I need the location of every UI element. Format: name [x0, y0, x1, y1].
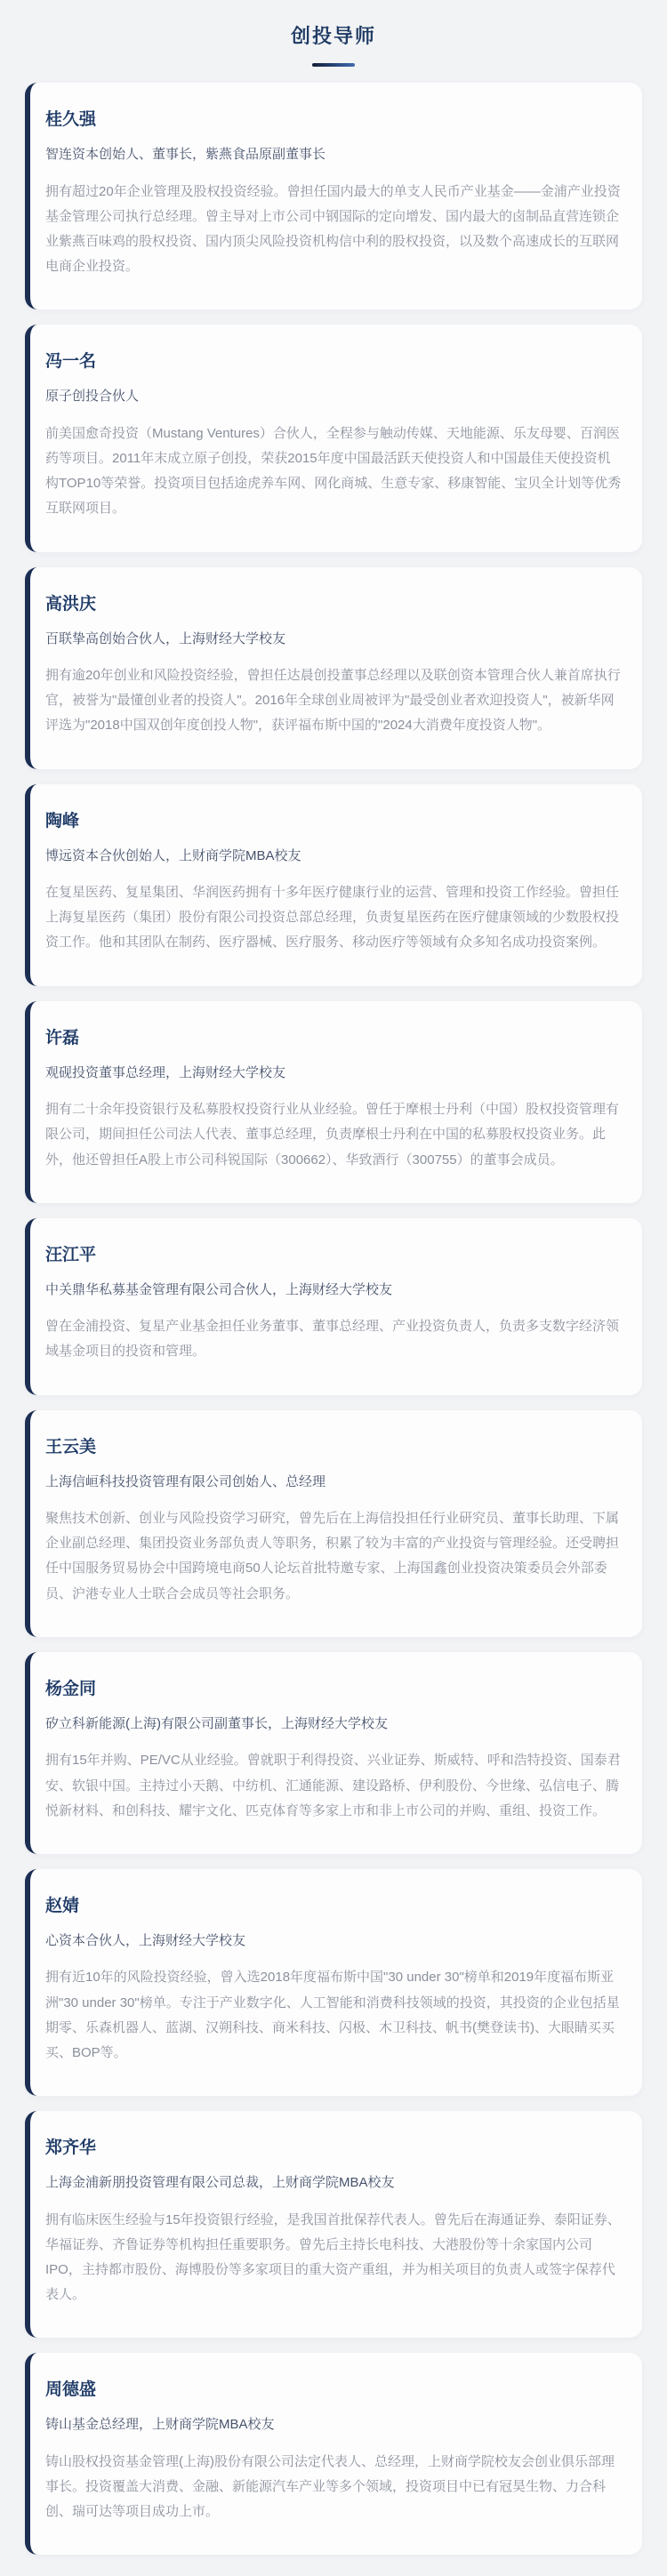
mentor-title: 智连资本创始人、董事长，紫燕食品原副董事长	[45, 145, 623, 165]
mentor-name: 冯一名	[45, 348, 623, 372]
mentor-card: 王云美 上海信峘科技投资管理有限公司创始人、总经理 聚焦技术创新、创业与风险投资…	[25, 1410, 642, 1637]
mentor-card: 桂久强 智连资本创始人、董事长，紫燕食品原副董事长 拥有超过20年企业管理及股权…	[25, 83, 642, 309]
mentor-name: 王云美	[45, 1433, 623, 1457]
mentor-title: 原子创投合伙人	[45, 387, 623, 407]
mentor-bio: 拥有临床医生经验与15年投资银行经验，是我国首批保荐代表人。曾先后在海通证券、泰…	[45, 2208, 623, 2308]
mentor-card: 陶峰 博远资本合伙创始人，上财商学院MBA校友 在复星医药、复星集团、华润医药拥…	[25, 784, 642, 986]
mentor-title: 中关鼎华私募基金管理有限公司合伙人，上海财经大学校友	[45, 1280, 623, 1301]
mentor-title: 心资本合伙人，上海财经大学校友	[45, 1931, 623, 1952]
mentor-bio: 在复星医药、复星集团、华润医药拥有十多年医疗健康行业的运营、管理和投资工作经验。…	[45, 880, 623, 956]
mentor-name: 郑齐华	[45, 2134, 623, 2158]
mentor-card: 许磊 观砚投资董事总经理，上海财经大学校友 拥有二十余年投资银行及私募股权投资行…	[25, 1001, 642, 1203]
mentor-title: 博远资本合伙创始人，上财商学院MBA校友	[45, 847, 623, 867]
mentor-bio: 拥有近10年的风险投资经验，曾入选2018年度福布斯中国"30 under 30…	[45, 1965, 623, 2066]
mentor-card: 冯一名 原子创投合伙人 前美国愈奇投资（Mustang Ventures）合伙人…	[25, 325, 642, 551]
mentor-card: 汪江平 中关鼎华私募基金管理有限公司合伙人，上海财经大学校友 曾在金浦投资、复星…	[25, 1218, 642, 1395]
mentor-name: 周德盛	[45, 2376, 623, 2400]
page-title: 创投导师	[0, 21, 667, 49]
mentor-title: 矽立科新能源(上海)有限公司副董事长，上海财经大学校友	[45, 1714, 623, 1735]
mentor-name: 高洪庆	[45, 590, 623, 614]
mentor-bio: 拥有逾20年创业和风险投资经验，曾担任达晨创投董事总经理以及联创资本管理合伙人兼…	[45, 663, 623, 739]
mentor-list: 桂久强 智连资本创始人、董事长，紫燕食品原副董事长 拥有超过20年企业管理及股权…	[0, 77, 667, 2555]
mentor-name: 赵婧	[45, 1892, 623, 1916]
mentor-title: 上海金浦新朋投资管理有限公司总裁，上财商学院MBA校友	[45, 2173, 623, 2194]
mentor-card: 郑齐华 上海金浦新朋投资管理有限公司总裁，上财商学院MBA校友 拥有临床医生经验…	[25, 2111, 642, 2338]
mentor-bio: 拥有15年并购、PE/VC从业经验。曾就职于利得投资、兴业证券、斯威特、呼和浩特…	[45, 1748, 623, 1824]
mentor-bio: 聚焦技术创新、创业与风险投资学习研究，曾先后在上海信投担任行业研究员、董事长助理…	[45, 1506, 623, 1607]
mentor-bio: 前美国愈奇投资（Mustang Ventures）合伙人，全程参与触动传媒、天地…	[45, 421, 623, 522]
mentor-name: 陶峰	[45, 807, 623, 831]
page: 创投导师 桂久强 智连资本创始人、董事长，紫燕食品原副董事长 拥有超过20年企业…	[0, 0, 667, 2576]
mentor-bio: 拥有二十余年投资银行及私募股权投资行业从业经验。曾任于摩根士丹利（中国）股权投资…	[45, 1097, 623, 1173]
mentor-title: 观砚投资董事总经理，上海财经大学校友	[45, 1063, 623, 1084]
mentor-name: 许磊	[45, 1024, 623, 1048]
mentor-title: 上海信峘科技投资管理有限公司创始人、总经理	[45, 1473, 623, 1493]
page-header: 创投导师	[0, 11, 667, 77]
mentor-bio: 拥有超过20年企业管理及股权投资经验。曾担任国内最大的单支人民币产业基金——金浦…	[45, 180, 623, 280]
mentor-name: 汪江平	[45, 1241, 623, 1265]
mentor-title: 铸山基金总经理，上财商学院MBA校友	[45, 2415, 623, 2436]
mentor-name: 杨金同	[45, 1675, 623, 1699]
mentor-card: 赵婧 心资本合伙人，上海财经大学校友 拥有近10年的风险投资经验，曾入选2018…	[25, 1869, 642, 2096]
mentor-bio: 曾在金浦投资、复星产业基金担任业务董事、董事总经理、产业投资负责人，负责多支数字…	[45, 1314, 623, 1364]
mentor-name: 桂久强	[45, 106, 623, 130]
title-underline	[312, 63, 355, 67]
mentor-title: 百联挚高创始合伙人，上海财经大学校友	[45, 630, 623, 650]
mentor-bio: 铸山股权投资基金管理(上海)股份有限公司法定代表人、总经理，上财商学院校友会创业…	[45, 2450, 623, 2525]
mentor-card: 高洪庆 百联挚高创始合伙人，上海财经大学校友 拥有逾20年创业和风险投资经验，曾…	[25, 567, 642, 769]
mentor-card: 杨金同 矽立科新能源(上海)有限公司副董事长，上海财经大学校友 拥有15年并购、…	[25, 1652, 642, 1854]
mentor-card: 周德盛 铸山基金总经理，上财商学院MBA校友 铸山股权投资基金管理(上海)股份有…	[25, 2353, 642, 2555]
